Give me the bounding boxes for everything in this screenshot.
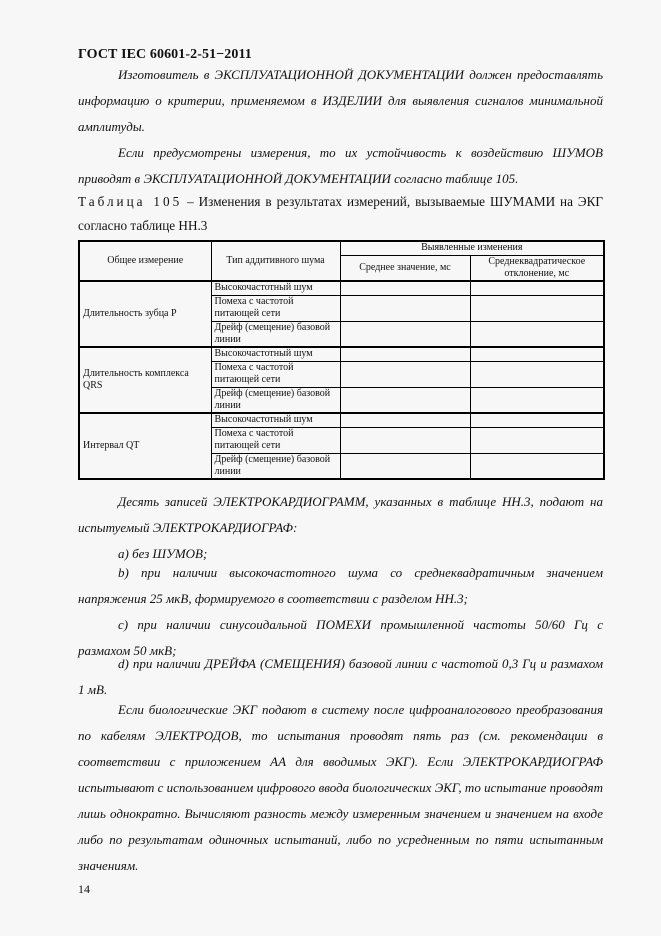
mean-cell	[340, 453, 470, 479]
mean-cell	[340, 321, 470, 347]
paragraph-noise-immunity: Если предусмотрены измерения, то их усто…	[78, 140, 603, 192]
mean-cell	[340, 347, 470, 361]
measurement-cell: Длительность зубца P	[79, 281, 211, 347]
document-header: ГОСТ IEC 60601-2-51−2011	[78, 47, 252, 63]
sd-cell	[470, 347, 604, 361]
noise-type-cell: Помеха с частотой питающей сети	[211, 427, 340, 453]
header-noise-type: Тип аддитивного шума	[211, 241, 340, 281]
list-item-d: d) при наличии ДРЕЙФА (СМЕЩЕНИЯ) базовой…	[78, 651, 603, 703]
sd-cell	[470, 281, 604, 295]
mean-cell	[340, 387, 470, 413]
noise-type-cell: Дрейф (смещение) базовой линии	[211, 387, 340, 413]
mean-cell	[340, 295, 470, 321]
measurement-cell: Интервал QT	[79, 413, 211, 479]
paragraph-biological-ecg: Если биологические ЭКГ подают в систему …	[78, 697, 603, 879]
sd-cell	[470, 427, 604, 453]
header-detected-changes: Выявленные изменения	[340, 241, 604, 255]
sd-cell	[470, 321, 604, 347]
noise-type-cell: Высокочастотный шум	[211, 413, 340, 427]
noise-type-cell: Высокочастотный шум	[211, 281, 340, 295]
document-page: ГОСТ IEC 60601-2-51−2011 Изготовитель в …	[0, 0, 661, 936]
table-caption-label: Таблица 105	[78, 194, 182, 209]
table-row: Интервал QT Высокочастотный шум	[79, 413, 604, 427]
table-row: Длительность комплекса QRS Высокочастотн…	[79, 347, 604, 361]
sd-cell	[470, 361, 604, 387]
table-row: Длительность зубца P Высокочастотный шум	[79, 281, 604, 295]
measurement-cell: Длительность комплекса QRS	[79, 347, 211, 413]
sd-cell	[470, 413, 604, 427]
sd-cell	[470, 295, 604, 321]
page-number: 14	[78, 882, 90, 897]
noise-type-cell: Дрейф (смещение) базовой линии	[211, 321, 340, 347]
noise-type-cell: Высокочастотный шум	[211, 347, 340, 361]
header-general-measurement: Общее измерение	[79, 241, 211, 281]
mean-cell	[340, 361, 470, 387]
mean-cell	[340, 427, 470, 453]
noise-type-cell: Помеха с частотой питающей сети	[211, 361, 340, 387]
sd-cell	[470, 453, 604, 479]
header-mean-value: Среднее значение, мс	[340, 255, 470, 281]
list-item-b: b) при наличии высокочастотного шума со …	[78, 560, 603, 612]
noise-type-cell: Дрейф (смещение) базовой линии	[211, 453, 340, 479]
noise-type-cell: Помеха с частотой питающей сети	[211, 295, 340, 321]
mean-cell	[340, 413, 470, 427]
noise-results-table: Общее измерение Тип аддитивного шума Выя…	[78, 240, 605, 480]
header-std-deviation: Среднеквадратическое отклонение, мс	[470, 255, 604, 281]
sd-cell	[470, 387, 604, 413]
paragraph-ten-ecg-records: Десять записей ЭЛЕКТРОКАРДИОГРАММ, указа…	[78, 489, 603, 541]
paragraph-manufacturer-criteria: Изготовитель в ЭКСПЛУАТАЦИОННОЙ ДОКУМЕНТ…	[78, 62, 603, 140]
table-caption: Таблица 105 – Изменения в результатах из…	[78, 190, 603, 238]
mean-cell	[340, 281, 470, 295]
